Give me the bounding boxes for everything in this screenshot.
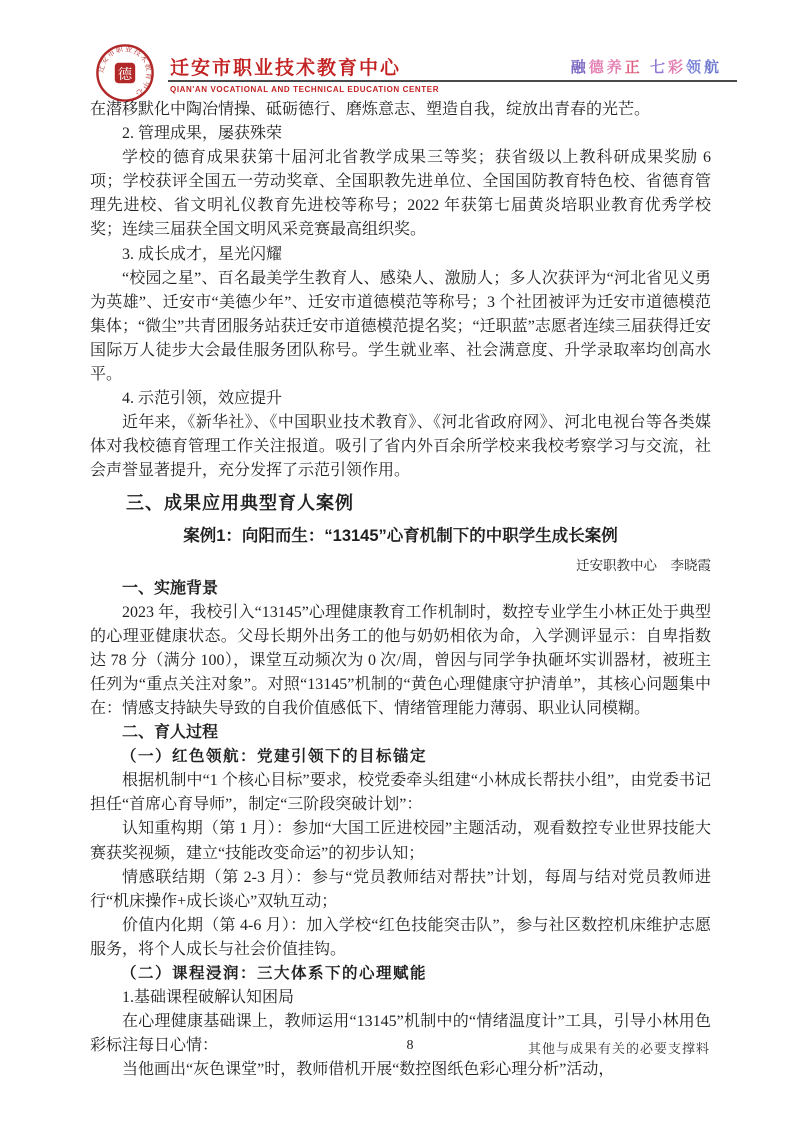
paragraph: 1.基础课程破解认知困局 bbox=[90, 986, 711, 1010]
header-slogan: 融德养正 七彩领航 bbox=[571, 56, 722, 77]
byline: 迁安职教中心 李晓霞 bbox=[90, 554, 711, 577]
header-rule bbox=[168, 80, 737, 82]
paragraph: 2. 管理成果，屡获殊荣 bbox=[90, 122, 711, 146]
subheading: 一、实施背景 bbox=[90, 577, 711, 601]
slogan-char: 彩 bbox=[668, 59, 686, 76]
svg-text:德: 德 bbox=[118, 66, 133, 83]
slogan-char: 正 bbox=[625, 59, 643, 76]
page: 迁安市职业技术教育中心 德 迁安市职业技术教育中心 QIAN'AN VOCATI… bbox=[0, 0, 800, 1131]
slogan-char bbox=[643, 59, 650, 76]
kaiti-heading: （一）红色领航：党建引领下的目标锚定 bbox=[90, 745, 711, 769]
paragraph: 近年来，《新华社》、《中国职业技术教育》、《河北省政府网》、河北电视台等各类媒体… bbox=[90, 411, 711, 483]
school-name-en: QIAN'AN VOCATIONAL AND TECHNICAL EDUCATI… bbox=[170, 85, 439, 94]
case-title: 案例1：向阳而生：“13145”心育机制下的中职学生成长案例 bbox=[90, 523, 711, 549]
slogan-char: 领 bbox=[686, 59, 704, 76]
footer-note: 其他与成果有关的必要支撑料 bbox=[528, 1038, 710, 1057]
paragraph: 4. 示范引领，效应提升 bbox=[90, 387, 711, 411]
paragraph: 情感联结期（第 2-3 月）：参与“党员教师结对帮扶”计划，每周与结对党员教师进… bbox=[90, 866, 711, 914]
kaiti-heading: （二）课程浸润：三大体系下的心理赋能 bbox=[90, 962, 711, 986]
slogan-char: 融 bbox=[571, 59, 589, 76]
paragraph: 学校的德育成果获第十届河北省教学成果三等奖；获省级以上教科研成果奖励 6 项；学… bbox=[90, 146, 711, 242]
slogan-char: 养 bbox=[607, 59, 625, 76]
school-seal-icon: 迁安市职业技术教育中心 德 bbox=[95, 43, 155, 103]
paragraph: 当他画出“灰色课堂”时，教师借机开展“数控图纸色彩心理分析”活动， bbox=[90, 1058, 711, 1082]
document-body: 在潜移默化中陶冶情操、砥砺德行、磨炼意志、塑造自我，绽放出青春的光芒。2. 管理… bbox=[90, 98, 711, 1082]
section-heading: 三、成果应用典型育人案例 bbox=[90, 490, 711, 516]
paragraph: 在潜移默化中陶冶情操、砥砺德行、磨炼意志、塑造自我，绽放出青春的光芒。 bbox=[90, 98, 711, 122]
paragraph: 价值内化期（第 4-6 月）：加入学校“红色技能突击队”，参与社区数控机床维护志… bbox=[90, 914, 711, 962]
subheading: 二、育人过程 bbox=[90, 721, 711, 745]
slogan-char: 航 bbox=[704, 59, 722, 76]
paragraph: 根据机制中“1 个核心目标”要求，校党委牵头组建“小林成长帮扶小组”，由党委书记… bbox=[90, 769, 711, 817]
paragraph: 3. 成长成才，星光闪耀 bbox=[90, 243, 711, 267]
slogan-char: 七 bbox=[650, 59, 668, 76]
paragraph: “校园之星”、百名最美学生教育人、感染人、激励人；多人次获评为“河北省见义勇为英… bbox=[90, 267, 711, 387]
paragraph: 认知重构期（第 1 月）：参加“大国工匠进校园”主题活动，观看数控专业世界技能大… bbox=[90, 817, 711, 865]
slogan-char: 德 bbox=[589, 59, 607, 76]
paragraph: 2023 年，我校引入“13145”心理健康教育工作机制时，数控专业学生小林正处… bbox=[90, 601, 711, 721]
school-name: 迁安市职业技术教育中心 bbox=[170, 53, 401, 80]
